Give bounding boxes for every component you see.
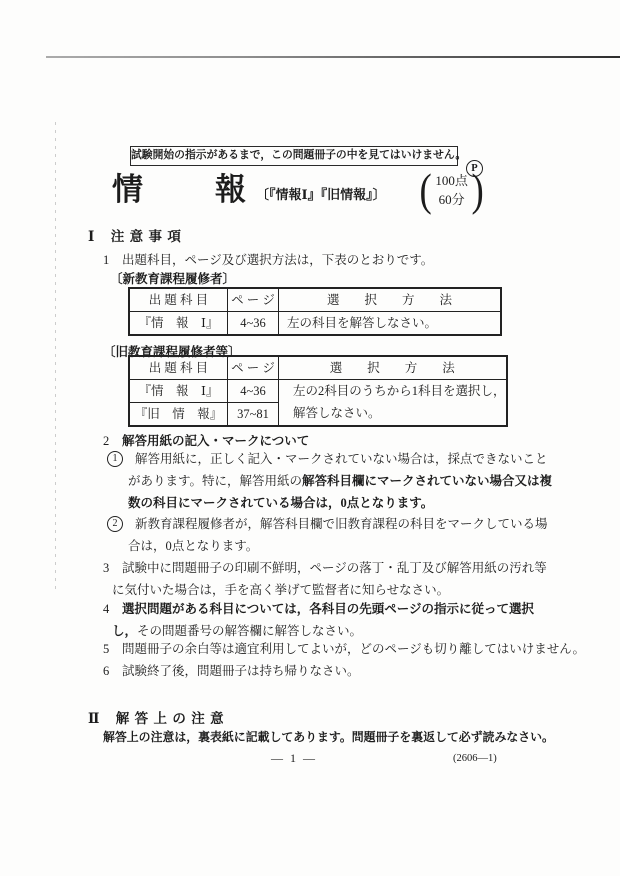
header-pages: ペ ー ジ — [228, 356, 279, 380]
method-line-1: 左の2科目のうちから1科目を選択し， — [287, 380, 506, 402]
subject-table-new: 出 題 科 目 ペ ー ジ 選 択 方 法 『情 報 Ⅰ』 4~36 左の科目を… — [128, 287, 502, 336]
pages-cell: 4~36 — [228, 380, 279, 403]
item-text: 問題冊子の余白等は適宜利用してよいが，どのページも切り離してはいけません。 — [122, 638, 556, 660]
exam-cover-page: 試験開始の指示があるまで，この問題冊子の中を見てはいけません。 P 情 報 〔『… — [0, 0, 620, 876]
header-subject: 出 題 科 目 — [129, 288, 228, 312]
exam-title-char-left: 情 — [112, 172, 143, 208]
section1-heading: Ⅰ 注 意 事 項 — [88, 226, 182, 248]
scan-edge-left — [55, 122, 56, 592]
header-method: 選 択 方 法 — [279, 356, 507, 380]
notice-item-4: 4 選択問題がある科目については，各科目の先頭ページの指示に従って選択し，その問… — [88, 598, 556, 642]
exam-subtitle: 〔『情報Ⅰ』『旧情報』〕 — [256, 184, 386, 208]
notice-item-5: 5 問題冊子の余白等は適宜利用してよいが，どのページも切り離してはいけません。 — [88, 638, 556, 660]
score-points: 100点 — [435, 171, 468, 190]
notice-item-2-sub-2: 2 新教育課程履修者が，解答科目欄で旧教育課程の科目をマークしている場合は，0点… — [88, 513, 556, 557]
score-minutes: 60分 — [439, 190, 465, 209]
sub-item-text: 解答用紙に，正しく記入・マークされていない場合は，採点できないことがあります。特… — [128, 448, 556, 514]
item-number: 1 — [103, 249, 109, 271]
method-cell-merged: 左の2科目のうちから1科目を選択し， 解答しなさい。 — [279, 380, 507, 427]
item-text: 選択問題がある科目については，各科目の先頭ページの指示に従って選択し，その問題番… — [112, 598, 556, 642]
notice-item-2-sub-1: 1 解答用紙に，正しく記入・マークされていない場合は，採点できないことがあります… — [88, 448, 556, 514]
subject-cell: 『旧 情 報』 — [129, 403, 228, 427]
item-number: 6 — [103, 660, 109, 682]
header-pages: ペ ー ジ — [228, 288, 279, 312]
circled-number-2: 2 — [107, 516, 123, 532]
table-header-row: 出 題 科 目 ペ ー ジ 選 択 方 法 — [129, 356, 507, 380]
exam-title-char-right: 報 — [215, 172, 246, 208]
item-number: 4 — [103, 598, 109, 620]
pages-cell: 4~36 — [228, 312, 279, 336]
subject-cell: 『情 報 Ⅰ』 — [129, 380, 228, 403]
print-code: (2606—1) — [453, 748, 497, 770]
table-row: 『情 報 Ⅰ』 4~36 左の2科目のうちから1科目を選択し， 解答しなさい。 — [129, 380, 507, 403]
section1-number: Ⅰ — [88, 229, 94, 244]
notice-item-3: 3 試験中に問題冊子の印刷不鮮明，ページの落丁・乱丁及び解答用紙の汚れ等に気付い… — [88, 557, 556, 601]
score-lines: 100点 60分 — [433, 171, 470, 209]
header-method: 選 択 方 法 — [279, 288, 502, 312]
score-paren-left: ( — [420, 166, 432, 214]
section2-title: 解 答 上 の 注 意 — [116, 711, 225, 726]
exam-title: 情 報 〔『情報Ⅰ』『旧情報』〕 — [112, 172, 386, 208]
section2-note: 解答上の注意は，裏表紙に記載してあります。問題冊子を裏返して必ず読みなさい。 — [103, 726, 554, 748]
section1-title: 注 意 事 項 — [111, 229, 182, 244]
method-cell: 左の科目を解答しなさい。 — [279, 312, 502, 336]
pages-cell: 37~81 — [228, 403, 279, 427]
table-row: 『情 報 Ⅰ』 4~36 左の科目を解答しなさい。 — [129, 312, 501, 336]
notice-item-6: 6 試験終了後，問題冊子は持ち帰りなさい。 — [88, 660, 556, 682]
subject-cell: 『情 報 Ⅰ』 — [129, 312, 228, 336]
score-paren-right: ) — [471, 166, 483, 214]
subject-table-old: 出 題 科 目 ペ ー ジ 選 択 方 法 『情 報 Ⅰ』 4~36 左の2科目… — [128, 355, 508, 427]
score-block: ( 100点 60分 ) — [418, 166, 485, 214]
header-subject: 出 題 科 目 — [129, 356, 228, 380]
exam-warning-banner: 試験開始の指示があるまで，この問題冊子の中を見てはいけません。 — [130, 146, 458, 166]
section2-number: Ⅱ — [88, 711, 99, 726]
page-number: — 1 — — [271, 747, 317, 769]
scan-edge-top — [46, 56, 620, 58]
item-text: 試験中に問題冊子の印刷不鮮明，ページの落丁・乱丁及び解答用紙の汚れ等に気付いた場… — [112, 557, 556, 601]
item-number: 5 — [103, 638, 109, 660]
item-text-normal: その問題番号の解答欄に解答しなさい。 — [137, 624, 362, 638]
sub-item-text: 新教育課程履修者が，解答科目欄で旧教育課程の科目をマークしている場合は，0点とな… — [128, 513, 556, 557]
method-line-2: 解答しなさい。 — [287, 402, 506, 424]
item-number: 3 — [103, 557, 109, 579]
circled-number-1: 1 — [107, 451, 123, 467]
item-text: 試験終了後，問題冊子は持ち帰りなさい。 — [122, 660, 556, 682]
table-header-row: 出 題 科 目 ペ ー ジ 選 択 方 法 — [129, 288, 501, 312]
